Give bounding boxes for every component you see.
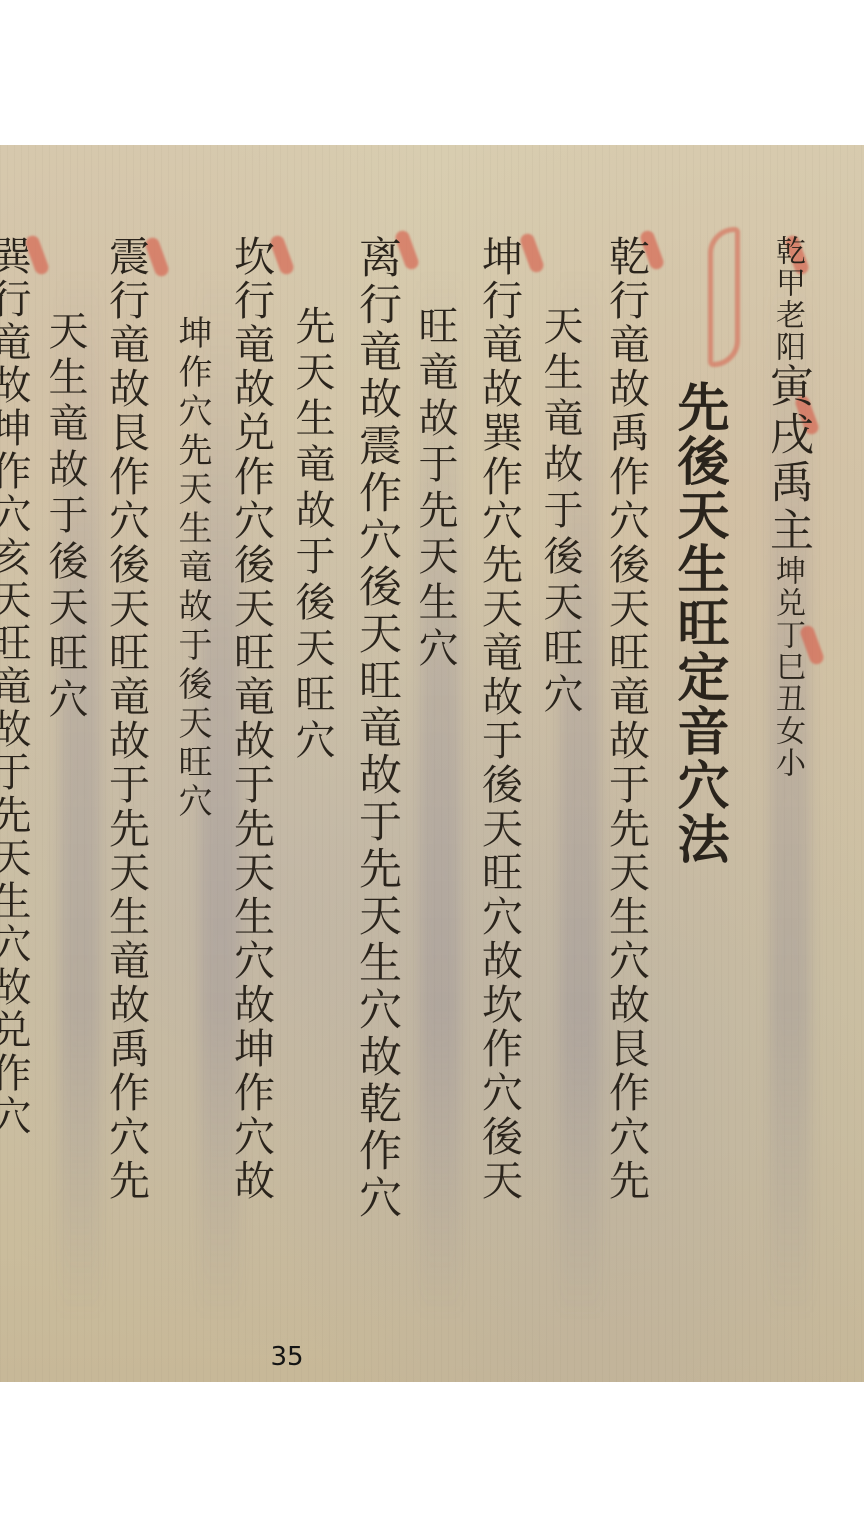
text-column-indented: 先天生竜故于後天旺穴 xyxy=(292,305,332,765)
text-column-indented: 坤作穴先天生竜故于後天旺穴 xyxy=(175,315,209,822)
text-column-cut-off: 巽行竜故坤作穴亥天旺竜故于先天生穴故兑作穴 xyxy=(0,235,28,1138)
text-column-indented: 旺竜故于先天生穴 xyxy=(415,305,455,673)
text-column-indented: 天生竜故于後天旺穴 xyxy=(45,310,85,724)
manuscript-page: 乾甲老阳寅戌禹主坤兑丁巳丑女小 先後天生旺定音穴法 乾行竜故禹作穴後天旺竜故于先… xyxy=(0,145,864,1382)
red-bracket-mark xyxy=(708,227,740,367)
text-column: 坤行竜故巽作穴先天竜故于後天旺穴故坎作穴後天 xyxy=(478,235,519,1203)
text-column: 震行竜故艮作穴後天旺竜故于先天生竜故禹作穴先 xyxy=(105,235,146,1203)
text-column-indented: 天生竜故于後天旺穴 xyxy=(540,305,580,719)
marginal-note-tail: 坤兑丁巳丑女小 xyxy=(770,555,805,779)
text-column: 离行竜故震作穴後天旺竜故于先天生穴故乾作穴 xyxy=(355,235,398,1222)
marginal-note-column: 乾甲老阳寅戌禹主坤兑丁巳丑女小 xyxy=(765,235,809,779)
text-column: 乾行竜故禹作穴後天旺竜故于先天生穴故艮作穴先 xyxy=(605,235,646,1203)
page-number: 35 xyxy=(0,1342,574,1372)
marginal-note-top: 乾甲老阳 xyxy=(770,235,805,363)
text-column: 坎行竜故兑作穴後天旺竜故于先天生穴故坤作穴故 xyxy=(230,235,271,1203)
page-title: 先後天生旺定音穴法 xyxy=(672,380,724,866)
marginal-note-middle: 寅戌禹主 xyxy=(762,363,813,555)
